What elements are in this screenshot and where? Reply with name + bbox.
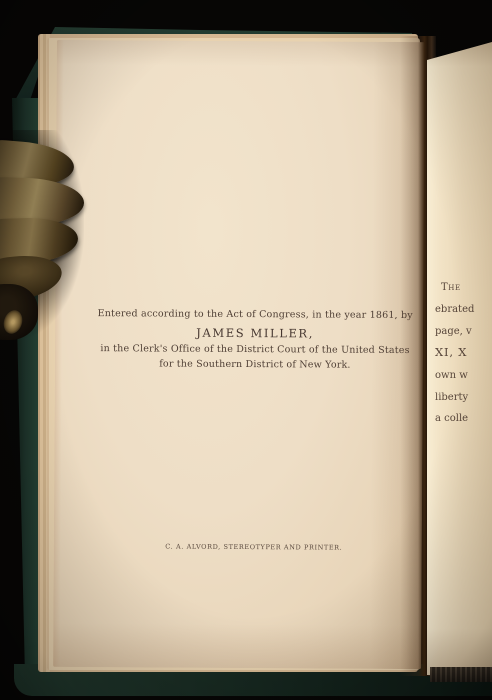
right-page-text-fragment: own w xyxy=(435,370,468,381)
right-page-text-fragment: The xyxy=(441,282,461,293)
right-page-text-fragment: a colle xyxy=(435,413,468,424)
left-page: Entered according to the Act of Congress… xyxy=(53,40,425,669)
right-page-text-fragment: ebrated xyxy=(435,304,474,315)
copyright-notice: Entered according to the Act of Congress… xyxy=(91,309,419,371)
right-page-text-fragment: page, v xyxy=(435,326,472,337)
right-page-text-fragment: XI, X xyxy=(435,347,467,358)
copyright-publisher-name: JAMES MILLER, xyxy=(91,326,419,340)
brass-page-holder xyxy=(0,134,96,338)
page-block-bottom-edge xyxy=(430,667,492,682)
copyright-line: for the Southern District of New York. xyxy=(91,359,419,371)
printer-credit: C. A. ALVORD, STEREOTYPER AND PRINTER. xyxy=(90,542,418,552)
right-page-text-fragment: liberty xyxy=(435,392,468,403)
copyright-line: Entered according to the Act of Congress… xyxy=(91,309,419,321)
copyright-line: in the Clerk's Office of the District Co… xyxy=(91,344,419,356)
right-page: The ebrated page, v XI, X own w liberty … xyxy=(427,34,492,680)
book-photograph: Entered according to the Act of Congress… xyxy=(0,0,492,700)
